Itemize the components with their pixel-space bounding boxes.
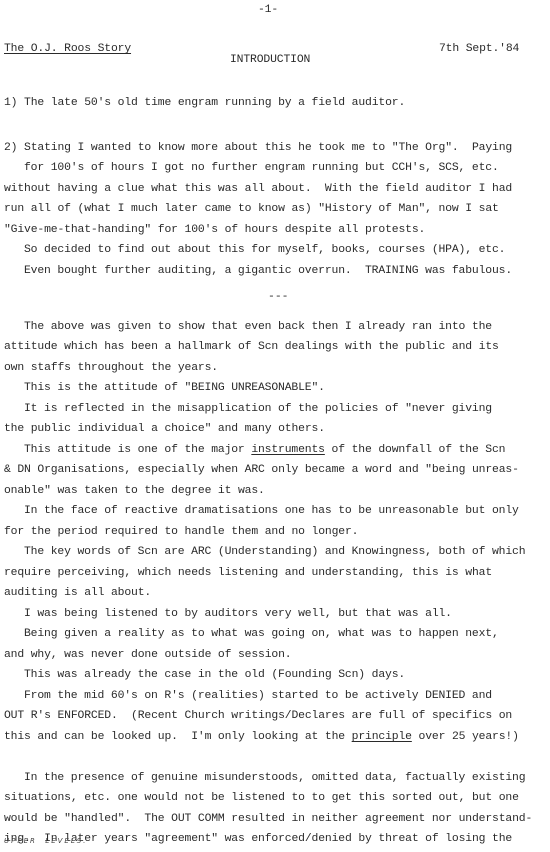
text-line: 2) Stating I wanted to know more about t… (4, 141, 512, 155)
text-line: situations, etc. one would not be listen… (4, 791, 519, 805)
text-line: 1) The late 50's old time engram running… (4, 96, 405, 110)
document-date: 7th Sept.'84 (439, 42, 519, 56)
text-line: In the face of reactive dramatisations o… (24, 504, 519, 518)
text-line: auditing is all about. (4, 586, 151, 600)
text-line: So decided to find out about this for my… (24, 243, 505, 257)
underlined-word: instruments (251, 444, 325, 456)
underlined-word: principle (352, 731, 412, 743)
text-line: for 100's of hours I got no further engr… (24, 161, 499, 175)
section-heading: INTRODUCTION (230, 53, 310, 67)
text-line: this and can be looked up. I'm only look… (4, 730, 519, 744)
text-line: OUT R's ENFORCED. (Recent Church writing… (4, 709, 512, 723)
text-line: would be "handled". The OUT COMM resulte… (4, 812, 532, 826)
text-line: attitude which has been a hallmark of Sc… (4, 340, 499, 354)
text-line: Even bought further auditing, a gigantic… (24, 264, 512, 278)
text-line: own staffs throughout the years. (4, 361, 218, 375)
text-line: The key words of Scn are ARC (Understand… (24, 545, 525, 559)
text-line: This attitude is one of the major instru… (24, 443, 505, 457)
text-line: It is reflected in the misapplication of… (24, 402, 492, 416)
text-line: for the period required to handle them a… (4, 525, 358, 539)
text-line: Being given a reality as to what was goi… (24, 627, 499, 641)
text-line: and why, was never done outside of sessi… (4, 648, 291, 662)
text-line: From the mid 60's on R's (realities) sta… (24, 689, 492, 703)
document-page: -1- The O.J. Roos Story 7th Sept.'84 INT… (0, 0, 550, 852)
text-line: I was being listened to by auditors very… (24, 607, 452, 621)
text-line: require perceiving, which needs listenin… (4, 566, 492, 580)
text-line: run all of (what I much later came to kn… (4, 202, 499, 216)
text-line: without having a clue what this was all … (4, 182, 512, 196)
handwritten-note: UPPER LEVELS. (4, 837, 87, 845)
section-separator: --- (268, 290, 289, 304)
text-line: In the presence of genuine misunderstood… (24, 771, 525, 785)
text-line: the public individual a choice" and many… (4, 422, 325, 436)
text-line: This is the attitude of "BEING UNREASONA… (24, 381, 325, 395)
text-line: "Give-me-that-handing" for 100's of hour… (4, 223, 425, 237)
text-line: onable" was taken to the degree it was. (4, 484, 265, 498)
page-number: -1- (258, 3, 278, 17)
document-title: The O.J. Roos Story (4, 42, 131, 56)
text-line: The above was given to show that even ba… (24, 320, 492, 334)
text-line: This was already the case in the old (Fo… (24, 668, 405, 682)
text-line: & DN Organisations, especially when ARC … (4, 463, 519, 477)
